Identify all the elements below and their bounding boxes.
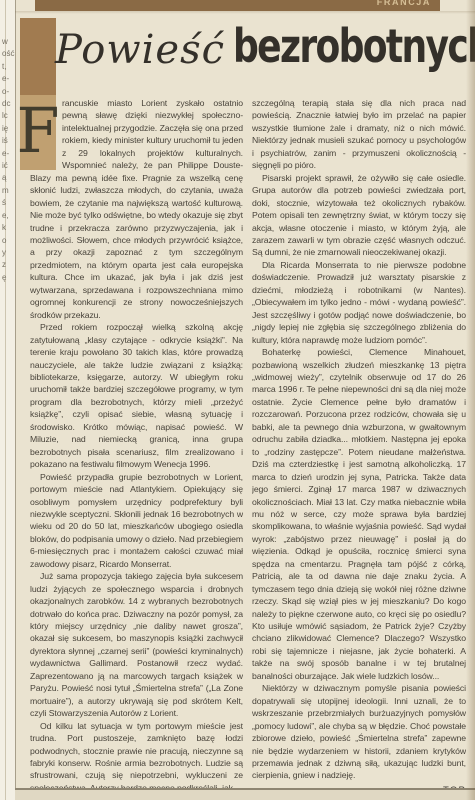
- article-title-bold: bezrobotnych: [233, 20, 475, 74]
- paragraph: Powieść przypadła grupie bezrobotnych w …: [30, 471, 243, 571]
- page-bottom-edge: [15, 790, 475, 800]
- adjacent-page-text: w ość t, e- o- dc lc ię iś e- ić ą m ś e…: [2, 36, 14, 284]
- paragraph: rancuskie miasto Lorient zyskało ostatni…: [30, 97, 243, 321]
- page-curve-shadow: [466, 0, 475, 800]
- header-shadow: [15, 11, 475, 14]
- paragraph: Już sama propozycja takiego zajęcia była…: [30, 570, 243, 719]
- paragraph: Bohaterkę powieści, Clemence Minahouet, …: [252, 346, 466, 682]
- section-tag: FRANCJA: [377, 0, 431, 7]
- paragraph: Niektórzy w dziwacznym pomyśle pisania p…: [252, 682, 466, 782]
- magazine-page: w ość t, e- o- dc lc ię iś e- ić ą m ś e…: [0, 0, 475, 800]
- paragraph: Od kilku lat sytuacja w tym portowym mie…: [30, 720, 243, 789]
- adjacent-page-edge: w ość t, e- o- dc lc ię iś e- ić ą m ś e…: [0, 0, 16, 800]
- article-title-italic: Powieść: [55, 27, 225, 73]
- paragraph: Pisarski projekt sprawił, że ożywiło się…: [252, 172, 466, 259]
- article-title: Powieśćbezrobotnych: [55, 24, 467, 74]
- paragraph: Przed rokiem rozpoczął wielką szkolną ak…: [30, 321, 243, 470]
- dropcap-spacer: [30, 97, 62, 160]
- section-header-bar: FRANCJA: [35, 0, 440, 11]
- paragraph-text: rancuskie miasto Lorient zyskało ostatni…: [30, 98, 243, 320]
- text-column-right: szczególną terapią stała się dla nich pr…: [252, 97, 466, 789]
- paragraph: szczególną terapią stała się dla nich pr…: [252, 97, 466, 172]
- paragraph: Dla Ricarda Monserrata to nie pierwsze p…: [252, 259, 466, 346]
- left-decoration-bar: [20, 18, 56, 95]
- text-column-left: rancuskie miasto Lorient zyskało ostatni…: [30, 97, 243, 789]
